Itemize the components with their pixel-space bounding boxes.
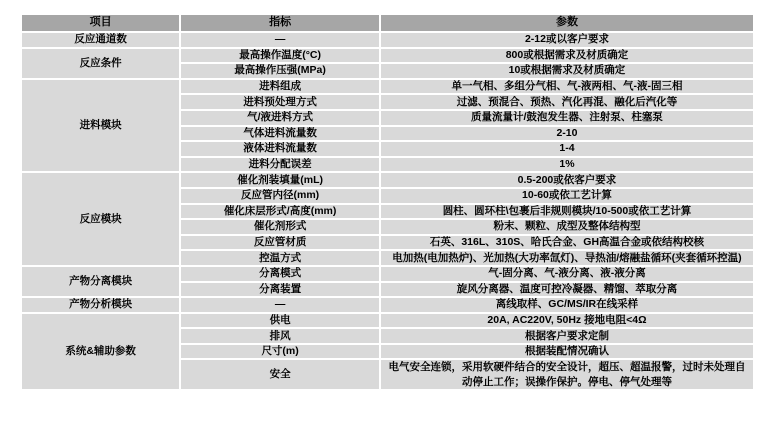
param-cell: 10或根据需求及材质确定	[381, 64, 753, 78]
item-cell: 系统&辅助参数	[22, 314, 179, 390]
param-cell: 2-10	[381, 127, 753, 141]
indicator-cell: 进料分配误差	[181, 158, 379, 172]
table-row: 产物分离模块分离模式气-固分离、气-液分离、液-液分离	[22, 267, 753, 281]
item-cell: 反应条件	[22, 49, 179, 78]
table-row: 反应模块催化剂装填量(mL)0.5-200或依客户要求	[22, 173, 753, 187]
table-row: 系统&辅助参数供电20A, AC220V, 50Hz 接地电阻<4Ω	[22, 314, 753, 328]
param-cell: 圆柱、圆环柱\包裹后非规则模块/10-500或依工艺计算	[381, 205, 753, 219]
indicator-cell: 气/液进料方式	[181, 111, 379, 125]
item-cell: 反应模块	[22, 173, 179, 265]
param-cell: 气-固分离、气-液分离、液-液分离	[381, 267, 753, 281]
item-cell: 产物分离模块	[22, 267, 179, 296]
indicator-cell: 反应管内径(mm)	[181, 189, 379, 203]
indicator-cell: 分离装置	[181, 283, 379, 297]
indicator-cell: 供电	[181, 314, 379, 328]
param-cell: 石英、316L、310S、哈氏合金、GH高温合金或依结构校核	[381, 236, 753, 250]
indicator-cell: 安全	[181, 360, 379, 389]
indicator-cell: 进料预处理方式	[181, 95, 379, 109]
param-cell: 20A, AC220V, 50Hz 接地电阻<4Ω	[381, 314, 753, 328]
indicator-cell: 分离模式	[181, 267, 379, 281]
indicator-cell: 催化床层形式/高度(mm)	[181, 205, 379, 219]
header-param: 参数	[381, 15, 753, 31]
param-cell: 过滤、预混合、预热、汽化再混、融化后汽化等	[381, 95, 753, 109]
table-row: 进料模块进料组成单一气相、多组分气相、气-液两相、气-液-固三相	[22, 80, 753, 94]
spec-table: 项目 指标 参数 反应通道数—2-12或以客户要求反应条件最高操作温度(°C)8…	[20, 13, 755, 391]
param-cell: 1%	[381, 158, 753, 172]
header-row: 项目 指标 参数	[22, 15, 753, 31]
indicator-cell: 最高操作压强(MPa)	[181, 64, 379, 78]
header-item: 项目	[22, 15, 179, 31]
indicator-cell: —	[181, 298, 379, 312]
param-cell: 0.5-200或依客户要求	[381, 173, 753, 187]
param-cell: 质量流量计/鼓泡发生器、注射泵、柱塞泵	[381, 111, 753, 125]
item-cell: 产物分析模块	[22, 298, 179, 312]
indicator-cell: 催化剂装填量(mL)	[181, 173, 379, 187]
param-cell: 旋风分离器、温度可控冷凝器、精馏、萃取分离	[381, 283, 753, 297]
param-cell: 电加热(电加热炉)、光加热(大功率氙灯)、导热油/熔融盐循环(夹套循环控温)	[381, 251, 753, 265]
param-cell: 单一气相、多组分气相、气-液两相、气-液-固三相	[381, 80, 753, 94]
item-cell: 反应通道数	[22, 33, 179, 47]
header-indicator: 指标	[181, 15, 379, 31]
spec-table-header: 项目 指标 参数	[22, 15, 753, 31]
indicator-cell: 尺寸(m)	[181, 345, 379, 359]
param-cell: 电气安全连锁，采用软硬件结合的安全设计，超压、超温报警，过时未处理自动停止工作；…	[381, 360, 753, 389]
indicator-cell: 排风	[181, 329, 379, 343]
param-cell: 1-4	[381, 142, 753, 156]
item-cell: 进料模块	[22, 80, 179, 172]
param-cell: 粉末、颗粒、成型及整体结构型	[381, 220, 753, 234]
param-cell: 2-12或以客户要求	[381, 33, 753, 47]
indicator-cell: 气体进料流量数	[181, 127, 379, 141]
indicator-cell: 液体进料流量数	[181, 142, 379, 156]
param-cell: 离线取样、GC/MS/IR在线采样	[381, 298, 753, 312]
table-row: 产物分析模块—离线取样、GC/MS/IR在线采样	[22, 298, 753, 312]
indicator-cell: 催化剂形式	[181, 220, 379, 234]
param-cell: 根据客户要求定制	[381, 329, 753, 343]
param-cell: 10-60或依工艺计算	[381, 189, 753, 203]
table-row: 反应条件最高操作温度(°C)800或根据需求及材质确定	[22, 49, 753, 63]
param-cell: 根据装配情况确认	[381, 345, 753, 359]
spec-table-body: 反应通道数—2-12或以客户要求反应条件最高操作温度(°C)800或根据需求及材…	[22, 33, 753, 389]
indicator-cell: 控温方式	[181, 251, 379, 265]
indicator-cell: —	[181, 33, 379, 47]
table-row: 反应通道数—2-12或以客户要求	[22, 33, 753, 47]
indicator-cell: 进料组成	[181, 80, 379, 94]
indicator-cell: 反应管材质	[181, 236, 379, 250]
param-cell: 800或根据需求及材质确定	[381, 49, 753, 63]
indicator-cell: 最高操作温度(°C)	[181, 49, 379, 63]
